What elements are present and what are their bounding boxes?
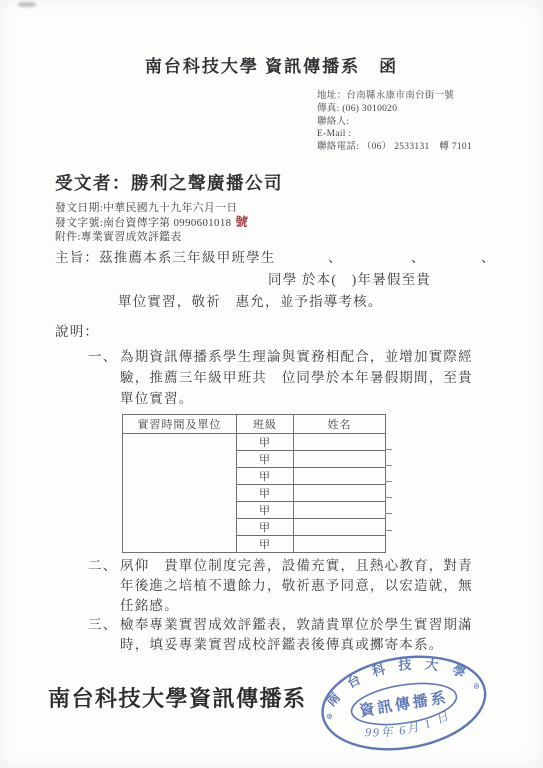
name-cell [294, 519, 386, 536]
document-title: 南台科技大學 資訊傳播系 函 [0, 52, 543, 77]
issue-date-line: 發文日期:中華民國九十九年六月一日 [55, 202, 248, 216]
internship-table: 實習時間及單位 班級 姓名 甲 甲 甲 甲 甲 甲 甲 [122, 414, 386, 553]
sender-fax: 傳真: (06) 3010020 [317, 103, 472, 116]
subject-line-1: 主旨：茲推薦本系三年級甲班學生 [55, 246, 276, 266]
doc-number-line: 發文字號:南台資傳字第 0990601018號 [55, 216, 248, 231]
subject-separator-3: 、 [481, 246, 496, 266]
scan-artifact-tick [385, 465, 392, 466]
recipient-line: 受文者：勝利之聲廣播公司 [55, 170, 283, 195]
class-cell: 甲 [237, 485, 294, 502]
name-cell [294, 536, 386, 553]
subject-separator-2: 、 [411, 246, 426, 266]
description-item-1-line-1: 為期資訊傳播系學生理論與實務相配合，並增加實際經 [120, 345, 473, 365]
description-item-1-marker: 一、 [88, 345, 117, 365]
scan-artifact-tick [385, 449, 392, 450]
scan-artifact-tick [385, 497, 392, 498]
sender-address: 地址：台南縣永康市南台街一號 [317, 90, 472, 103]
scan-smudge-artifact [18, 2, 36, 7]
department-signature: 南台科技大學資訊傳播系 [48, 682, 307, 713]
description-item-3-line-1: 檢奉專業實習成效評鑑表，敦請貴單位於學生實習期滿 [120, 613, 473, 633]
name-cell [294, 434, 386, 451]
name-cell [294, 485, 386, 502]
description-item-2-line-2: 年後進之培植不遺餘力，敬祈惠予同意，以宏造就，無 [120, 574, 473, 594]
description-item-3-marker: 三、 [88, 613, 117, 633]
class-cell: 甲 [237, 502, 294, 519]
unit-merged-cell [123, 434, 237, 553]
name-cell [294, 502, 386, 519]
class-cell: 甲 [237, 468, 294, 485]
table-header-name: 姓名 [294, 415, 386, 434]
table-header-row: 實習時間及單位 班級 姓名 [123, 415, 386, 434]
class-cell: 甲 [237, 536, 294, 553]
subject-line-2: 同學 於本( )年暑假至貴 [268, 268, 431, 288]
sender-phone: 聯絡電話: （06） 2533131 轉 7101 [317, 141, 472, 154]
description-item-2-marker: 二、 [88, 554, 117, 574]
sender-contact-person: 聯絡人: [317, 116, 472, 129]
doc-number-text: 發文字號:南台資傳字第 0990601018 [55, 217, 231, 229]
table-row: 甲 [123, 434, 386, 451]
description-item-3-line-2: 時，填妥專業實習成校評鑑表後傳真或擲寄本系。 [120, 633, 443, 653]
scan-artifact-tick [385, 530, 392, 531]
subject-line-3: 單位實習，敬祈 惠允，並予指導考核。 [118, 290, 383, 310]
class-cell: 甲 [237, 434, 294, 451]
sender-info-block: 地址：台南縣永康市南台街一號 傳真: (06) 3010020 聯絡人: E-M… [317, 90, 472, 154]
stamp-left-mark: ⊛ [325, 711, 333, 721]
class-cell: 甲 [237, 451, 294, 468]
scan-artifact-tick [385, 481, 392, 482]
subject-separator-1: 、 [328, 246, 343, 266]
sender-email: E-Mail : [317, 128, 472, 141]
attachment-line: 附件:專業實習成效評鑑表 [55, 231, 248, 245]
description-item-2-line-1: 夙仰 貴單位制度完善，設備充實，且熱心教育，對青 [120, 554, 473, 574]
description-item-2-line-3: 任銘感。 [120, 594, 179, 614]
description-item-1-line-2: 驗，推薦三年級甲班共 位同學於本年暑假期間，至貴 [120, 366, 473, 386]
name-cell [294, 451, 386, 468]
class-cell: 甲 [237, 519, 294, 536]
table-header-unit: 實習時間及單位 [123, 415, 237, 434]
description-item-1-line-3: 單位實習。 [120, 387, 194, 407]
stamp-right-mark: ⊛ [472, 681, 480, 691]
scan-artifact-tick [385, 513, 392, 514]
doc-number-red-stamp: 號 [235, 215, 249, 230]
table-header-class: 班級 [237, 415, 294, 434]
document-meta-block: 發文日期:中華民國九十九年六月一日 發文字號:南台資傳字第 0990601018… [55, 202, 248, 244]
description-heading: 說明： [55, 320, 99, 340]
department-oval-stamp: 南台科技大學 資訊傳播系 99年 6月 1 日 ⊛ ⊛ [309, 641, 498, 767]
name-cell [294, 468, 386, 485]
scanned-letter-page: 南台科技大學 資訊傳播系 函 地址：台南縣永康市南台街一號 傳真: (06) 3… [0, 0, 543, 768]
